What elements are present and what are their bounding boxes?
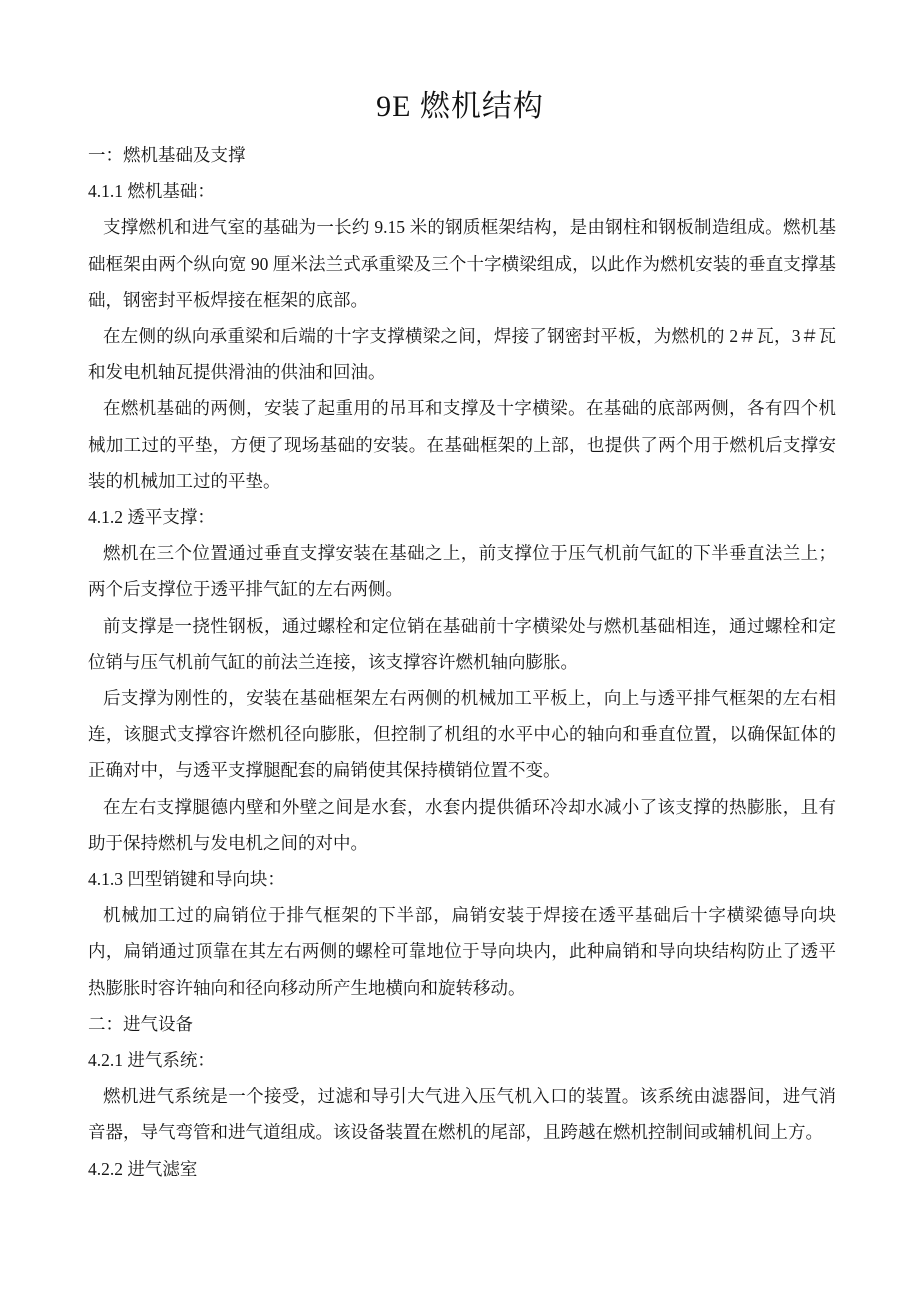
subsection-heading: 4.1.1 燃机基础： [88, 173, 836, 209]
section-heading: 二：进气设备 [88, 1006, 836, 1042]
subsection-heading: 4.2.2 进气滤室 [88, 1151, 836, 1187]
subsection-heading: 4.1.2 透平支撑： [88, 499, 836, 535]
section-heading: 一：燃机基础及支撑 [88, 137, 836, 173]
paragraph: 在左侧的纵向承重梁和后端的十字支撑横梁之间，焊接了钢密封平板，为燃机的 2＃瓦，… [88, 318, 836, 390]
subsection-heading: 4.2.1 进气系统： [88, 1042, 836, 1078]
paragraph: 机械加工过的扁销位于排气框架的下半部，扁销安装于焊接在透平基础后十字横梁德导向块… [88, 897, 836, 1006]
paragraph: 燃机在三个位置通过垂直支撑安装在基础之上，前支撑位于压气机前气缸的下半垂直法兰上… [88, 535, 836, 607]
document-page: 9E 燃机结构 一：燃机基础及支撑4.1.1 燃机基础：支撑燃机和进气室的基础为… [0, 0, 920, 1302]
paragraph: 支撑燃机和进气室的基础为一长约 9.15 米的钢质框架结构，是由钢柱和钢板制造组… [88, 209, 836, 318]
document-title: 9E 燃机结构 [0, 0, 920, 128]
document-body: 一：燃机基础及支撑4.1.1 燃机基础：支撑燃机和进气室的基础为一长约 9.15… [0, 128, 920, 1187]
paragraph: 在燃机基础的两侧，安装了起重用的吊耳和支撑及十字横梁。在基础的底部两侧，各有四个… [88, 390, 836, 499]
paragraph: 在左右支撑腿德内壁和外壁之间是水套，水套内提供循环冷却水减小了该支撑的热膨胀，且… [88, 789, 836, 861]
paragraph: 燃机进气系统是一个接受，过滤和导引大气进入压气机入口的装置。该系统由滤器间，进气… [88, 1078, 836, 1150]
subsection-heading: 4.1.3 凹型销键和导向块： [88, 861, 836, 897]
paragraph: 后支撑为刚性的，安装在基础框架左右两侧的机械加工平板上，向上与透平排气框架的左右… [88, 680, 836, 789]
paragraph: 前支撑是一挠性钢板，通过螺栓和定位销在基础前十字横梁处与燃机基础相连，通过螺栓和… [88, 608, 836, 680]
